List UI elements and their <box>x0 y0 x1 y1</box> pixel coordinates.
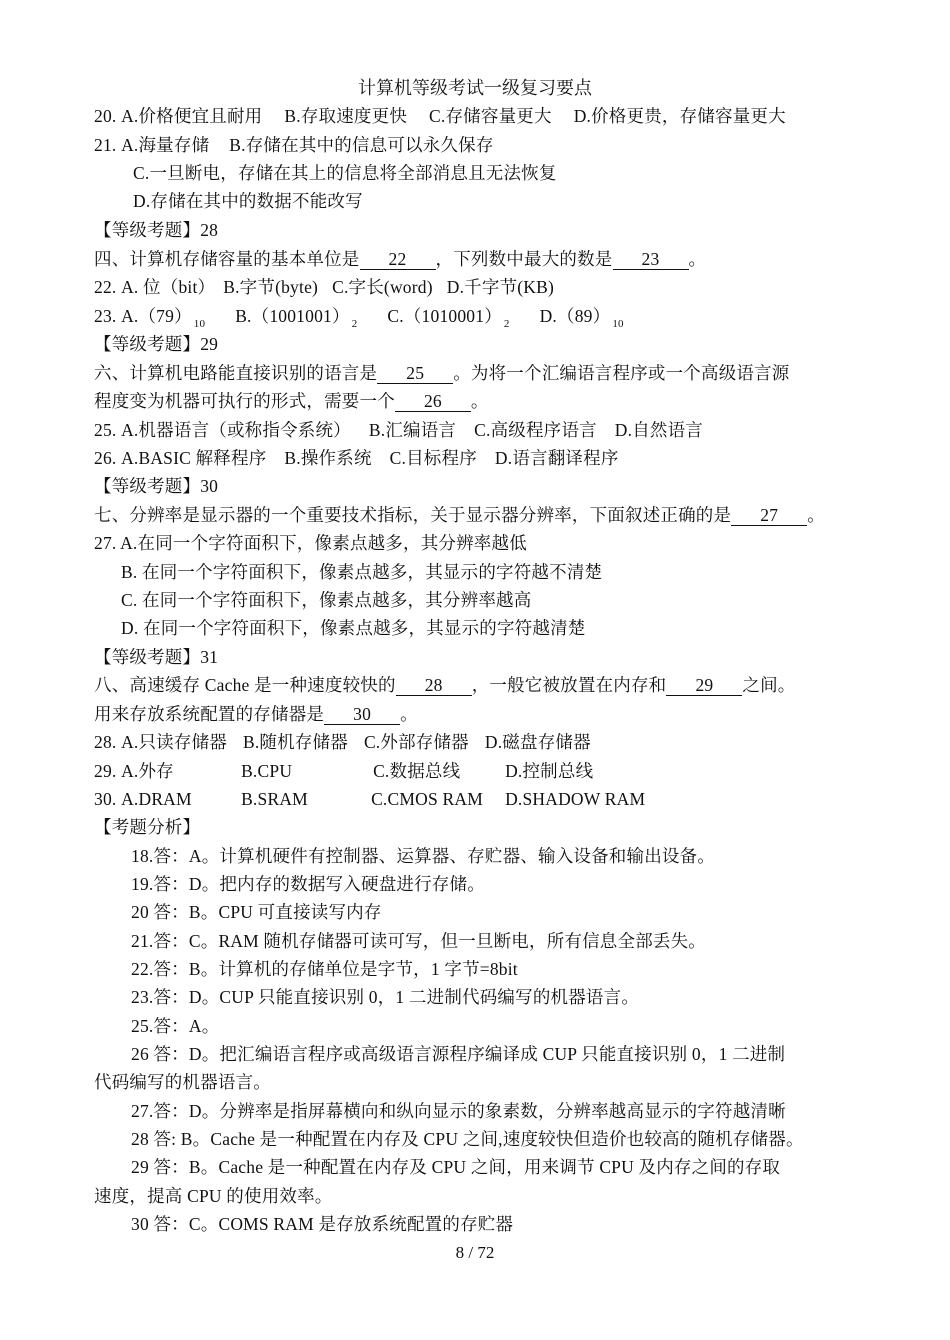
question-27-option-d: D. 在同一个字符面积下，像素点越多，其显示的字符越清楚 <box>121 616 586 640</box>
option-d: D.千字节(KB) <box>447 275 554 299</box>
answer-22: 22.答：B。计算机的存储单位是字节，1 字节=8bit <box>131 957 518 981</box>
page-number: 8 / 72 <box>0 1241 950 1265</box>
answer-blank-28: 28 <box>396 675 472 696</box>
answer-19: 19.答：D。把内存的数据写入硬盘进行存储。 <box>131 872 485 896</box>
question-number: 30. <box>94 789 121 809</box>
question-27-option-b: B. 在同一个字符面积下，像素点越多，其显示的字符越不清楚 <box>121 560 602 584</box>
answer-26-line2: 代码编写的机器语言。 <box>94 1070 271 1094</box>
option-d: D.（89）10 <box>540 304 624 336</box>
question-number: 27. <box>94 533 120 553</box>
question-number: 29. <box>94 761 121 781</box>
answer-blank-29: 29 <box>666 675 742 696</box>
page-header-title: 计算机等级考试一级复习要点 <box>0 76 950 100</box>
answer-28: 28 答: B。Cache 是一种配置在内存及 CPU 之间,速度较快但造价也较… <box>131 1127 804 1151</box>
section-6-question-line1: 六、计算机电路能直接识别的语言是25。为将一个汇编语言程序或一个高级语言源 <box>94 361 790 385</box>
option-a: A.外存 <box>121 759 241 783</box>
option-c: C.目标程序 <box>390 446 477 470</box>
question-20-options: 20. A.价格便宜且耐用B.存取速度更快C.存储容量更大D.价格更贵，存储容量… <box>94 104 786 128</box>
option-a: A. 位（bit） <box>121 275 215 299</box>
question-27-option-c: C. 在同一个字符面积下，像素点越多，其分辨率越高 <box>121 588 531 612</box>
section-4-question: 四、计算机存储容量的基本单位是22，下列数中最大的数是23。 <box>94 247 706 271</box>
question-22-options: 22. A. 位（bit）B.字节(byte)C.字长(word)D.千字节(K… <box>94 275 554 299</box>
answer-20: 20 答：B。CPU 可直接读写内存 <box>131 900 382 924</box>
question-number: 22. <box>94 277 121 297</box>
exam-label-30: 【等级考题】30 <box>94 474 218 498</box>
option-c: C.存储容量更大 <box>429 104 552 128</box>
option-a: A.只读存储器 <box>121 730 227 754</box>
option-a: A.海量存储 <box>121 133 209 157</box>
option-b: B.存储在其中的信息可以永久保存 <box>229 133 493 157</box>
option-b: B.CPU <box>241 759 373 783</box>
option-b: B.SRAM <box>241 787 371 811</box>
question-21-option-d: D.存储在其中的数据不能改写 <box>133 189 363 213</box>
section-8-question-line2: 用来存放系统配置的存储器是30。 <box>94 702 418 726</box>
option-c: C.（1010001）2 <box>387 304 509 336</box>
question-21-options-ab: 21. A.海量存储B.存储在其中的信息可以永久保存 <box>94 133 494 157</box>
question-29-options: 29. A.外存B.CPUC.数据总线D.控制总线 <box>94 759 794 783</box>
option-d: D.自然语言 <box>615 418 703 442</box>
answer-18: 18.答：A。计算机硬件有控制器、运算器、存贮器、输入设备和输出设备。 <box>131 844 715 868</box>
question-number: 20. <box>94 106 121 126</box>
answer-25: 25.答：A。 <box>131 1014 219 1038</box>
answer-blank-25: 25 <box>377 363 453 384</box>
question-27-option-a: 27. A.在同一个字符面积下，像素点越多，其分辨率越低 <box>94 531 527 555</box>
option-a: A.DRAM <box>121 787 241 811</box>
exam-label-31: 【等级考题】31 <box>94 645 218 669</box>
option-d: D.语言翻译程序 <box>495 446 619 470</box>
option-b: B.字节(byte) <box>223 275 318 299</box>
option-c: C.CMOS RAM <box>371 787 505 811</box>
question-number: 26. <box>94 448 121 468</box>
section-6-question-line2: 程度变为机器可执行的形式，需要一个26。 <box>94 389 489 413</box>
answer-blank-30: 30 <box>324 704 400 725</box>
option-d: D.磁盘存储器 <box>485 730 591 754</box>
document-page: 计算机等级考试一级复习要点 20. A.价格便宜且耐用B.存取速度更快C.存储容… <box>0 0 950 1340</box>
option-c: C.字长(word) <box>332 275 433 299</box>
answer-21: 21.答：C。RAM 随机存储器可读可写，但一旦断电，所有信息全部丢失。 <box>131 929 706 953</box>
exam-label-29: 【等级考题】29 <box>94 332 218 356</box>
option-b: B.操作系统 <box>284 446 371 470</box>
section-8-question-line1: 八、高速缓存 Cache 是一种速度较快的28，一般它被放置在内存和29之间。 <box>94 673 796 697</box>
question-28-options: 28. A.只读存储器B.随机存储器C.外部存储器D.磁盘存储器 <box>94 730 591 754</box>
question-number: 28. <box>94 732 121 752</box>
answer-27: 27.答：D。分辨率是指屏幕横向和纵向显示的象素数，分辨率越高显示的字符越清晰 <box>131 1099 786 1123</box>
analysis-title: 【考题分析】 <box>94 815 200 839</box>
answer-blank-22: 22 <box>360 249 436 270</box>
option-a: A.机器语言（或称指令系统） <box>121 418 351 442</box>
answer-29-line2: 速度，提高 CPU 的使用效率。 <box>94 1184 333 1208</box>
section-7-question: 七、分辨率是显示器的一个重要技术指标，关于显示器分辨率，下面叙述正确的是27。 <box>94 503 825 527</box>
question-26-options: 26. A.BASIC 解释程序B.操作系统C.目标程序D.语言翻译程序 <box>94 446 619 470</box>
option-b: B.随机存储器 <box>243 730 348 754</box>
question-number: 21. <box>94 135 121 155</box>
answer-26-line1: 26 答：D。把汇编语言程序或高级语言源程序编译成 CUP 只能直接识别 0，1… <box>131 1042 785 1066</box>
question-number: 25. <box>94 420 121 440</box>
option-d: D.控制总线 <box>505 759 593 783</box>
option-a: A.价格便宜且耐用 <box>121 104 262 128</box>
option-b: B.存取速度更快 <box>284 104 407 128</box>
option-d: D.SHADOW RAM <box>505 787 645 811</box>
exam-label-28: 【等级考题】28 <box>94 218 218 242</box>
question-25-options: 25. A.机器语言（或称指令系统）B.汇编语言C.高级程序语言D.自然语言 <box>94 418 703 442</box>
option-c: C.高级程序语言 <box>474 418 597 442</box>
option-b: B.汇编语言 <box>369 418 456 442</box>
answer-23: 23.答：D。CUP 只能直接识别 0，1 二进制代码编写的机器语言。 <box>131 985 639 1009</box>
option-d: D.价格更贵，存储容量更大 <box>574 104 786 128</box>
option-c: C.外部存储器 <box>364 730 469 754</box>
answer-30: 30 答：C。COMS RAM 是存放系统配置的存贮器 <box>131 1212 513 1236</box>
option-a: A.BASIC 解释程序 <box>121 446 266 470</box>
question-number: 23. <box>94 306 121 326</box>
answer-blank-27: 27 <box>731 505 807 526</box>
answer-29-line1: 29 答：B。Cache 是一种配置在内存及 CPU 之间，用来调节 CPU 及… <box>131 1155 780 1179</box>
answer-blank-26: 26 <box>395 391 471 412</box>
answer-blank-23: 23 <box>613 249 689 270</box>
option-b: B.（1001001）2 <box>235 304 357 336</box>
question-21-option-c: C.一旦断电，存储在其上的信息将全部消息且无法恢复 <box>133 161 557 185</box>
option-c: C.数据总线 <box>373 759 505 783</box>
question-30-options: 30. A.DRAMB.SRAMC.CMOS RAMD.SHADOW RAM <box>94 787 794 811</box>
